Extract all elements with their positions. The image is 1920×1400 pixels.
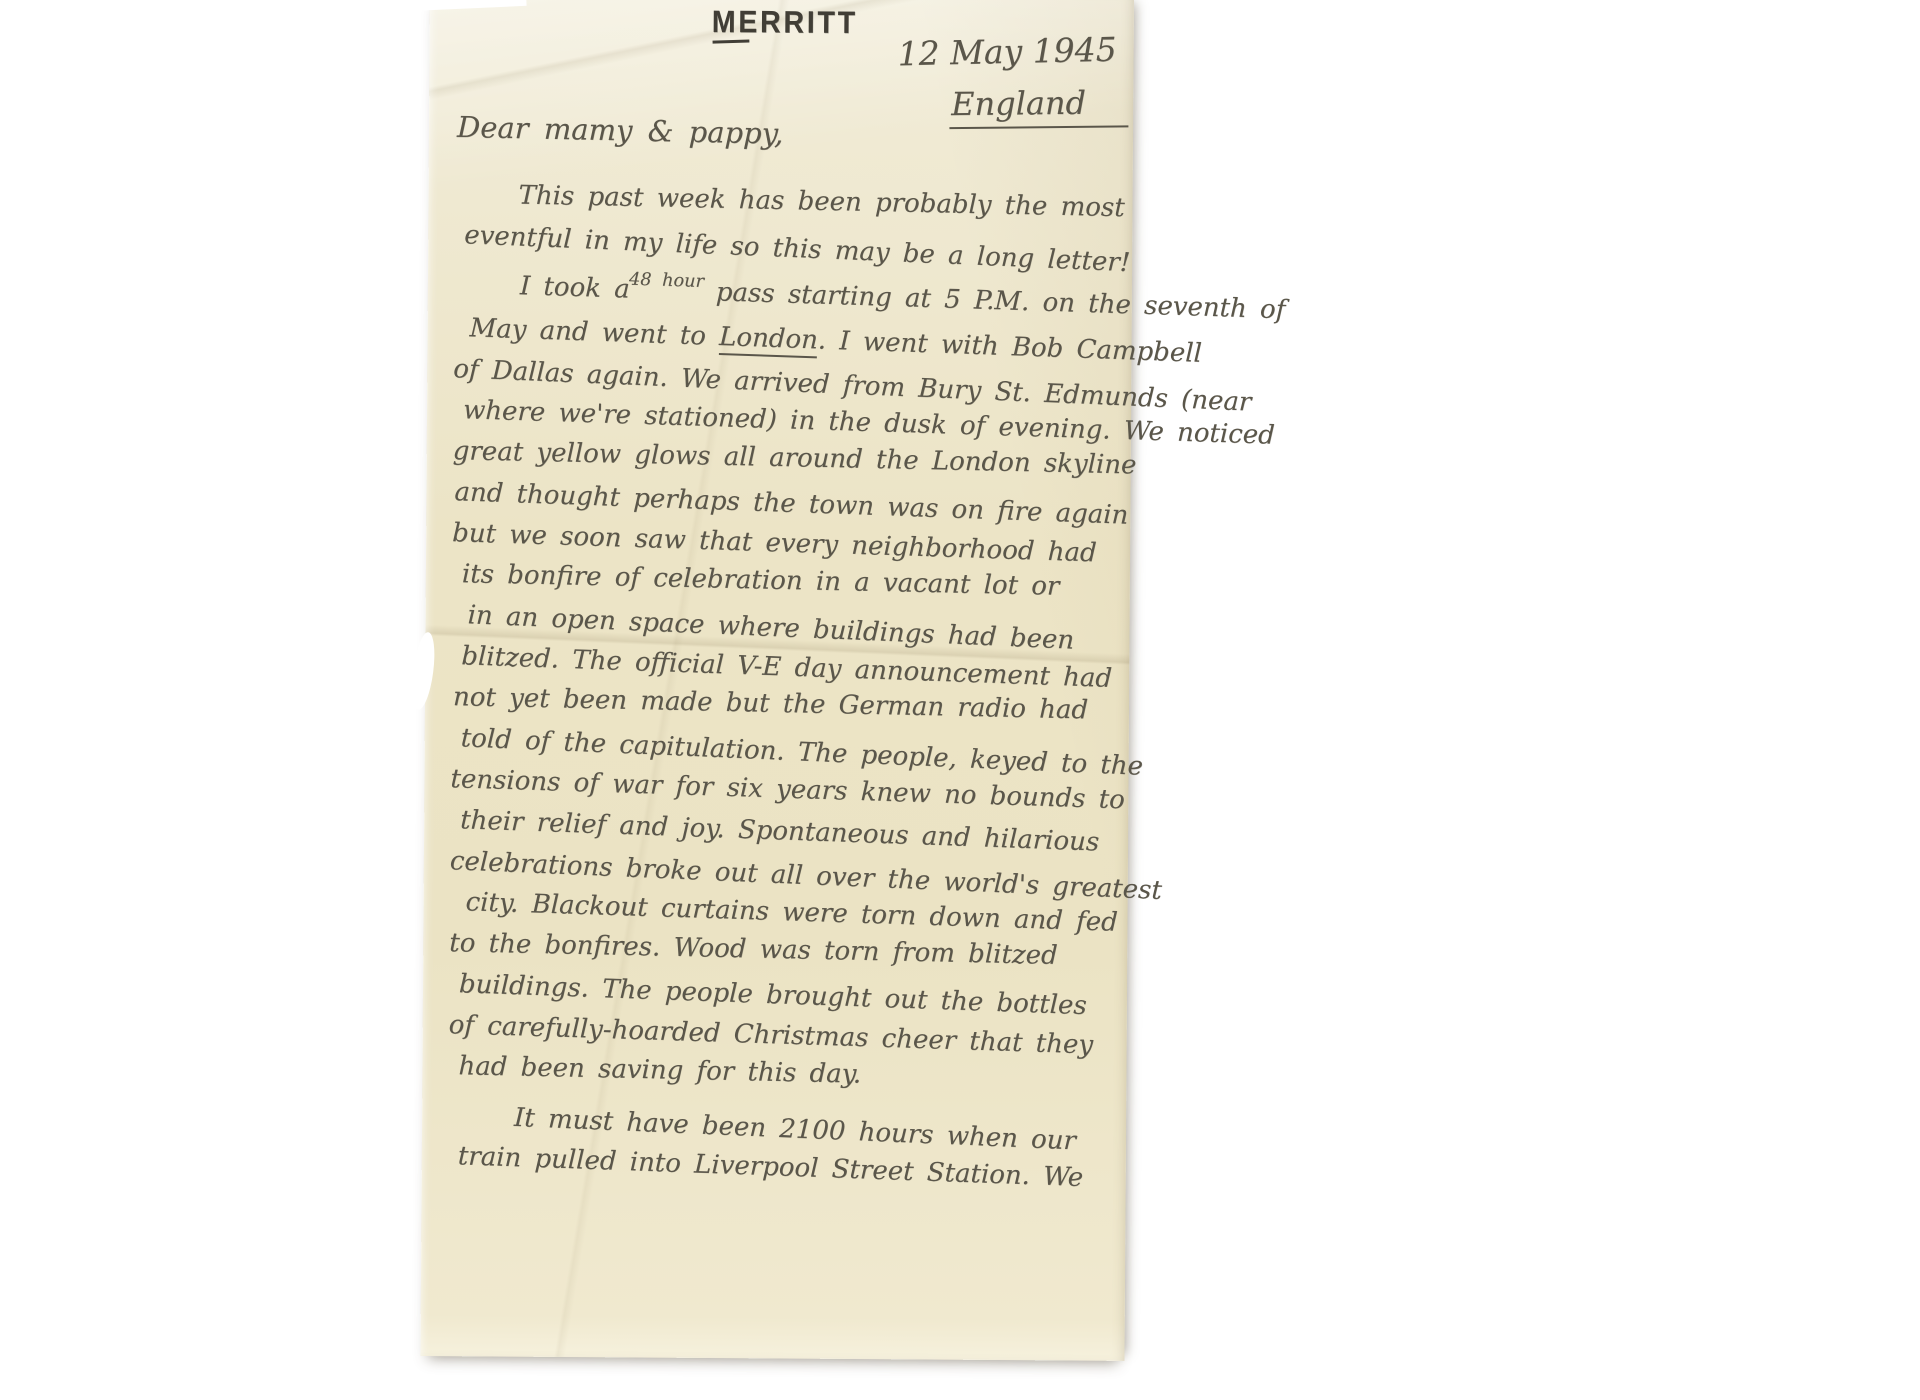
line-text: pass starting at 5 P.M. on the seventh o… [702,277,1286,325]
censor-stamp: MERRITT [712,4,858,41]
letter-date: 12 May 1945 [897,30,1117,74]
line-text: great yellow glows all around the London… [452,436,1136,480]
underlined-word: London [719,322,819,358]
inserted-word: 48 hour [629,270,705,292]
line-text: to the bonfires. Wood was torn from blit… [449,928,1058,971]
paper-edge-tear [408,631,438,711]
line-text: not yet been made but the German radio h… [453,682,1089,725]
place-text: England [951,84,1086,123]
line-text: . I went with Bob Campbell [817,325,1202,368]
letter-body: This past week has been probably the mos… [448,166,1123,1182]
salutation-line: Dear mamy & pappy, [457,110,784,151]
letter-place: England [949,83,1128,129]
line-text: May and went to [469,313,720,352]
paper-corner-tear [415,0,526,11]
line-text: This past week has been probably the mos… [518,181,1125,224]
line-text: its bonfire of celebration in a vacant l… [462,559,1060,602]
line-text: had been saving for this day. [458,1051,861,1089]
scan-background: MERRITT 12 May 1945 England Dear mamy & … [0,0,1920,1400]
line-text: I took a [519,271,630,304]
letter-page: MERRITT 12 May 1945 England Dear mamy & … [420,0,1134,1361]
